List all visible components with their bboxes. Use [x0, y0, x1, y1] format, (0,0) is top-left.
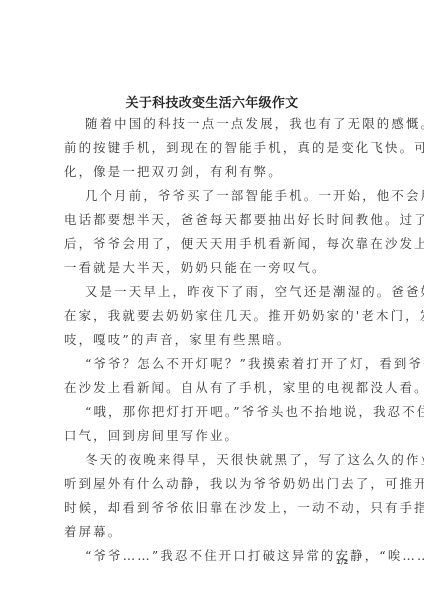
text-line: 化，像是一把双刃剑，有利有弊。 [64, 164, 362, 188]
text-line: “哦，那你把灯打开吧。”爷爷头也不抬地说，我忍不住长叹一 [64, 404, 362, 428]
document-title: 关于科技改变生活六年级作文 [0, 92, 424, 111]
text-line: 几个月前，爷爷买了一部智能手机。一开始，他不会用，打个 [64, 188, 362, 212]
text-line: 电话都要想半天，爸爸每天都要抽出好长时间教他。过了一段时间 [64, 212, 362, 236]
text-line: “爷爷？怎么不开灯呢？”我摸索着打开了灯，看到爷爷正靠 [64, 356, 362, 380]
text-line: 吱，嘎吱”的声音，家里有些黑暗。 [64, 332, 362, 356]
text-line: 随着中国的科技一点一点发展，我也有了无限的感慨。从几年 [64, 116, 362, 140]
text-line: 在家，我就要去奶奶家住几天。推开奶奶家的'老木门，发出“嘎 [64, 308, 362, 332]
text-line: 冬天的夜晚来得早，天很快就黑了，写了这么久的作业，也没 [64, 452, 362, 476]
text-line: 着屏幕。 [64, 524, 362, 548]
text-line: “爷爷……”我忍不住开口打破这异常的安静，“唉……等你奶 [64, 548, 362, 572]
text-line: 口气，回到房间里写作业。 [64, 428, 362, 452]
page-number: 1/2 [336, 558, 348, 566]
text-line: 前的按键手机，到现在的智能手机，真的是变化飞快。可是这些变 [64, 140, 362, 164]
text-line: 时候，却看到爷爷依旧靠在沙发上，一动不动，只有手指不断地划 [64, 500, 362, 524]
text-line: 在沙发上看新闻。自从有了手机，家里的电视都没人看。 [64, 380, 362, 404]
text-line: 听到屋外有什么动静，我以为爷爷奶奶出门去了，可推开房间门的 [64, 476, 362, 500]
text-line: 又是一天早上，昨夜下了雨，空气还是潮湿的。爸爸妈妈都不 [64, 284, 362, 308]
text-line: 后，爷爷会用了，便天天用手机看新闻，每次靠在沙发上看手机， [64, 236, 362, 260]
text-line: 一看就是大半天，奶奶只能在一旁叹气。 [64, 260, 362, 284]
document-body: 随着中国的科技一点一点发展，我也有了无限的感慨。从几年 前的按键手机，到现在的智… [64, 116, 362, 572]
document-page: 关于科技改变生活六年级作文 随着中国的科技一点一点发展，我也有了无限的感慨。从几… [0, 0, 424, 600]
